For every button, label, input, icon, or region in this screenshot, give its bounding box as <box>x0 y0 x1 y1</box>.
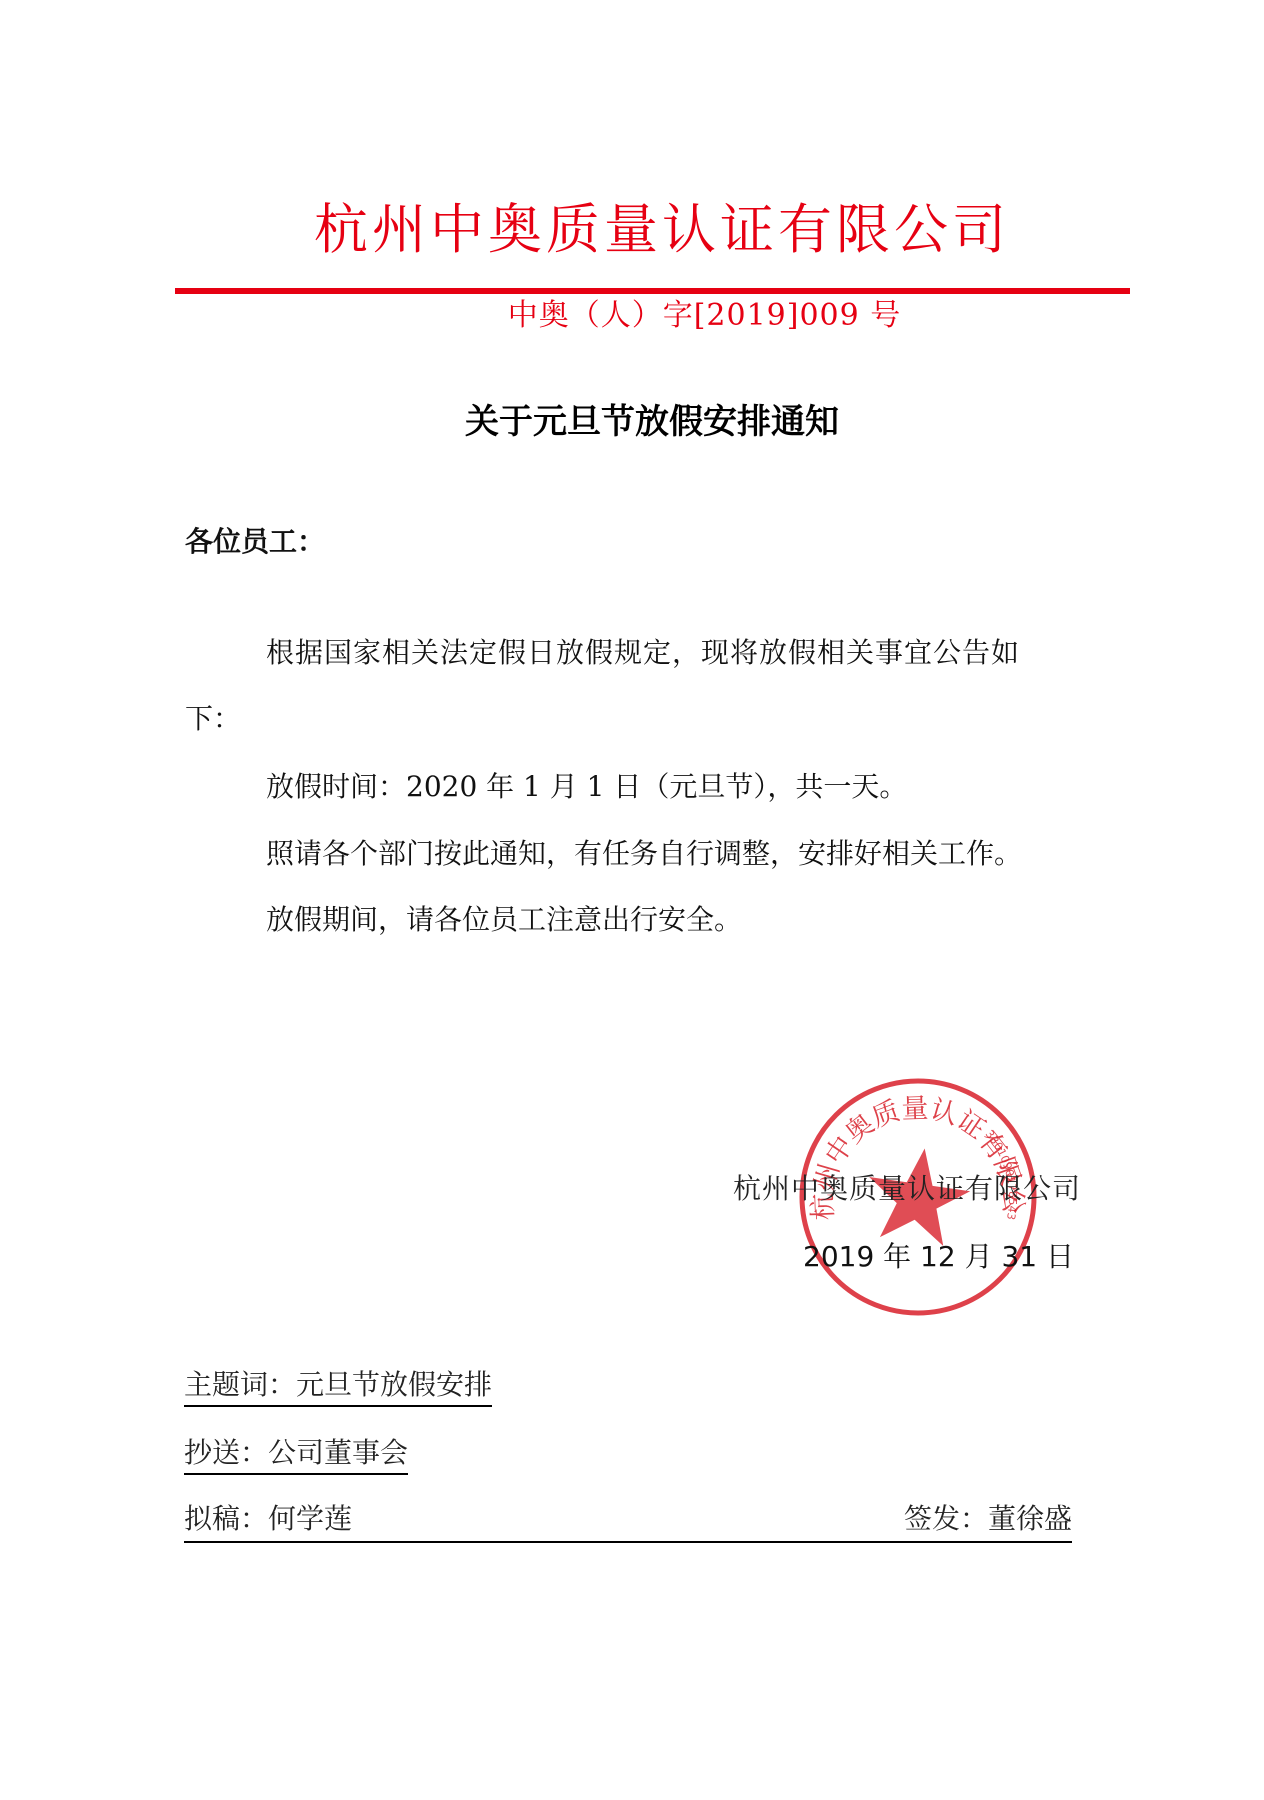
footer-issuer: 签发：董徐盛 <box>904 1500 1072 1538</box>
paragraph-safety-reminder: 放假期间，请各位员工注意出行安全。 <box>266 901 742 939</box>
footer-cc: 抄送：公司董事会 <box>184 1434 408 1475</box>
signature-company: 杭州中奥质量认证有限公司 <box>733 1170 1081 1208</box>
paragraph-department-instructions: 照请各个部门按此通知，有任务自行调整，安排好相关工作。 <box>266 835 1022 873</box>
footer-keywords: 主题词：元旦节放假安排 <box>184 1366 492 1407</box>
salutation: 各位员工： <box>185 523 325 561</box>
letterhead-red-rule <box>175 288 1130 294</box>
paragraph-intro-line-2: 下： <box>185 700 241 738</box>
footer-drafter: 拟稿：何学莲 <box>184 1500 352 1538</box>
paragraph-holiday-time: 放假时间：2020 年 1 月 1 日（元旦节），共一天。 <box>266 768 907 806</box>
organization-letterhead: 杭州中奥质量认证有限公司 <box>0 198 1264 262</box>
paragraph-intro-line-1: 根据国家相关法定假日放假规定，现将放假相关事宜公告如 <box>266 634 1020 672</box>
document-title: 关于元旦节放假安排通知 <box>0 400 1264 444</box>
document-number: 中奥（人）字[2019]009 号 <box>0 296 1264 336</box>
footer-drafter-issuer-row: 拟稿：何学莲 签发：董徐盛 <box>184 1500 1072 1543</box>
signature-date: 2019 年 12 月 31 日 <box>803 1238 1074 1276</box>
